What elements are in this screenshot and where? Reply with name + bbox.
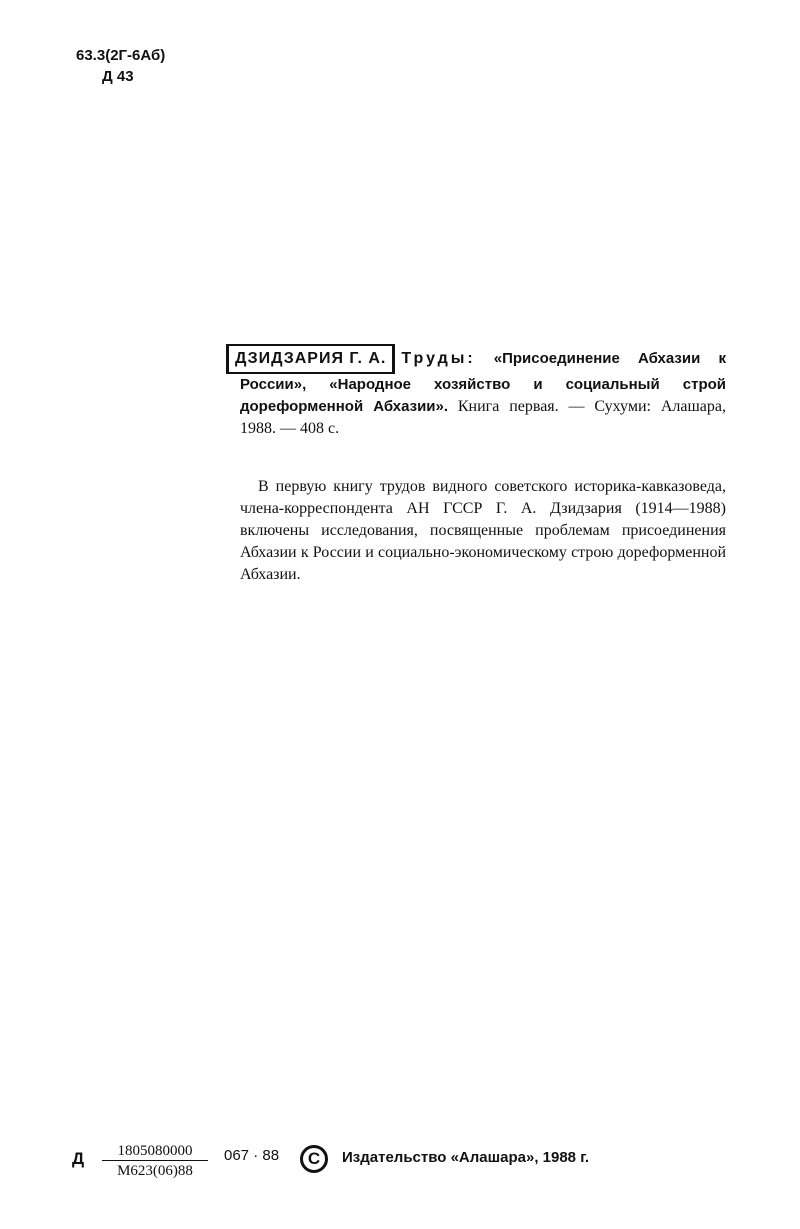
imprint-index: 067 · 88: [224, 1147, 279, 1164]
classification-block: 63.3(2Г-6Аб) Д 43: [76, 45, 165, 87]
imprint-denominator: М623(06)88: [102, 1161, 208, 1181]
bibliographic-card: ДЗИДЗАРИЯ Г. А.Труды: «Присоединение Абх…: [240, 344, 726, 440]
publisher-line: Издательство «Алашара», 1988 г.: [342, 1149, 589, 1166]
imprint-fraction: 1805080000 М623(06)88: [102, 1142, 208, 1181]
imprint-block: Д 1805080000 М623(06)88 067 · 88 C Издат…: [72, 1142, 692, 1186]
author-name: ДЗИДЗАРИЯ Г. А.: [226, 344, 395, 374]
imprint-letter: Д: [72, 1149, 84, 1169]
imprint-numerator: 1805080000: [102, 1142, 208, 1161]
copyright-icon: C: [300, 1145, 328, 1173]
bbk-code: 63.3(2Г-6Аб): [76, 45, 165, 66]
annotation-paragraph: В первую книгу трудов видного советского…: [240, 476, 726, 586]
works-label: Труды:: [401, 350, 475, 367]
author-mark: Д 43: [76, 66, 165, 87]
